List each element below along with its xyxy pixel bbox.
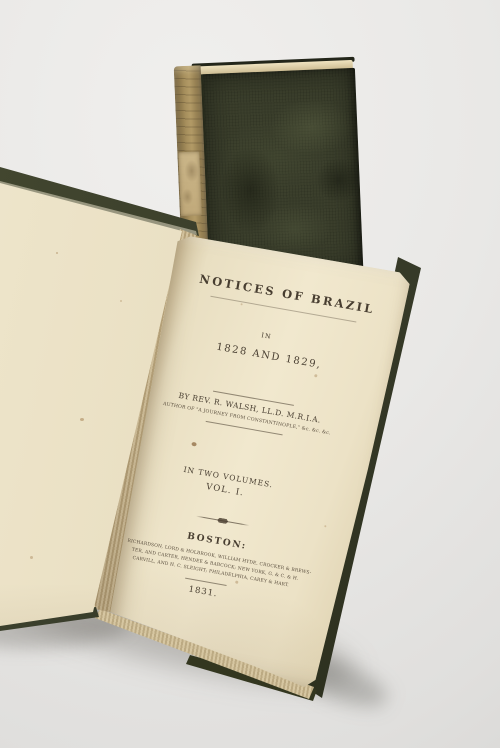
- foxing-spot: [324, 525, 326, 527]
- foxing-spot: [120, 300, 122, 302]
- foxing-spot: [56, 252, 58, 254]
- standing-book-spine-label: [178, 151, 202, 216]
- volume-number-text: VOL. I.: [205, 482, 245, 499]
- foxing-spot: [80, 418, 84, 421]
- swelled-rule: [196, 513, 250, 529]
- photograph-of-antique-books: NOTICES OF BRAZIL IN 1828 AND 1829, BY R…: [0, 0, 500, 748]
- foxing-spot: [314, 374, 317, 377]
- preposition-text: IN: [261, 331, 272, 341]
- foxing-spot: [240, 303, 242, 305]
- imprint-year-text: 1831.: [188, 585, 219, 600]
- years-text: 1828 AND 1829,: [215, 342, 322, 371]
- foxing-spot: [30, 556, 33, 559]
- foxing-spot: [191, 442, 197, 447]
- foxing-spot: [235, 580, 238, 583]
- imprint-city-text: BOSTON:: [186, 531, 247, 551]
